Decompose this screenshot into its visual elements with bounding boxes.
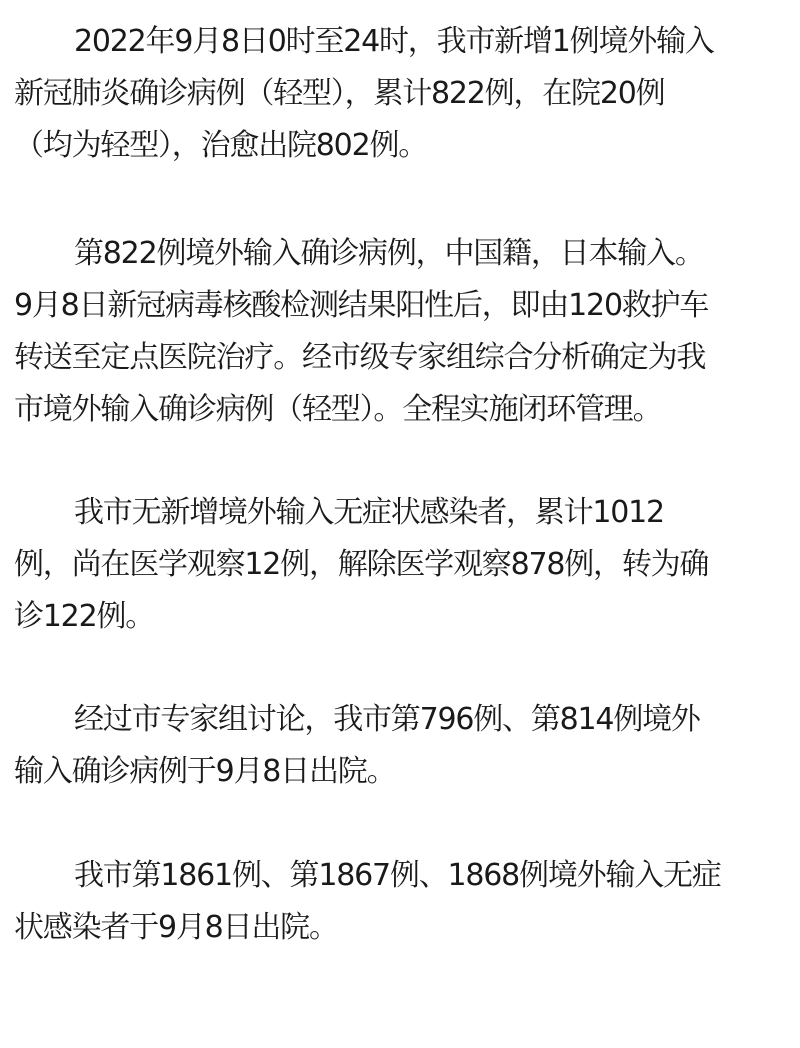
paragraph-discharged-cases: 经过市专家组讨论，我市第796例、第814例境外 输入确诊病例于9月8日出院。: [14, 694, 794, 798]
text-line: 9月8日新冠病毒核酸检测结果阳性后，即由120救护车: [14, 280, 794, 332]
paragraph-daily-summary: 2022年9月8日0时至24时，我市新增1例境外输入 新冠肺炎确诊病例（轻型），…: [14, 16, 794, 172]
text-line: 我市第1861例、第1867例、1868例境外输入无症: [14, 850, 794, 902]
text-line: 状感染者于9月8日出院。: [14, 902, 794, 954]
paragraph-discharged-asymptomatic: 我市第1861例、第1867例、1868例境外输入无症 状感染者于9月8日出院。: [14, 850, 794, 954]
text-line: 市境外输入确诊病例（轻型）。全程实施闭环管理。: [14, 384, 794, 436]
text-line: 例，尚在医学观察12例，解除医学观察878例，转为确: [14, 539, 794, 591]
text-line: 新冠肺炎确诊病例（轻型），累计822例，在院20例: [14, 68, 794, 120]
text-line: 第822例境外输入确诊病例，中国籍，日本输入。: [14, 228, 794, 280]
paragraph-case-822: 第822例境外输入确诊病例，中国籍，日本输入。 9月8日新冠病毒核酸检测结果阳性…: [14, 228, 794, 436]
paragraph-asymptomatic-summary: 我市无新增境外输入无症状感染者，累计1012 例，尚在医学观察12例，解除医学观…: [14, 487, 794, 643]
text-line: （均为轻型），治愈出院802例。: [14, 120, 794, 172]
text-line: 经过市专家组讨论，我市第796例、第814例境外: [14, 694, 794, 746]
text-line: 2022年9月8日0时至24时，我市新增1例境外输入: [14, 16, 794, 68]
text-line: 诊122例。: [14, 591, 794, 643]
text-line: 转送至定点医院治疗。经市级专家组综合分析确定为我: [14, 332, 794, 384]
text-line: 输入确诊病例于9月8日出院。: [14, 746, 794, 798]
text-line: 我市无新增境外输入无症状感染者，累计1012: [14, 487, 794, 539]
